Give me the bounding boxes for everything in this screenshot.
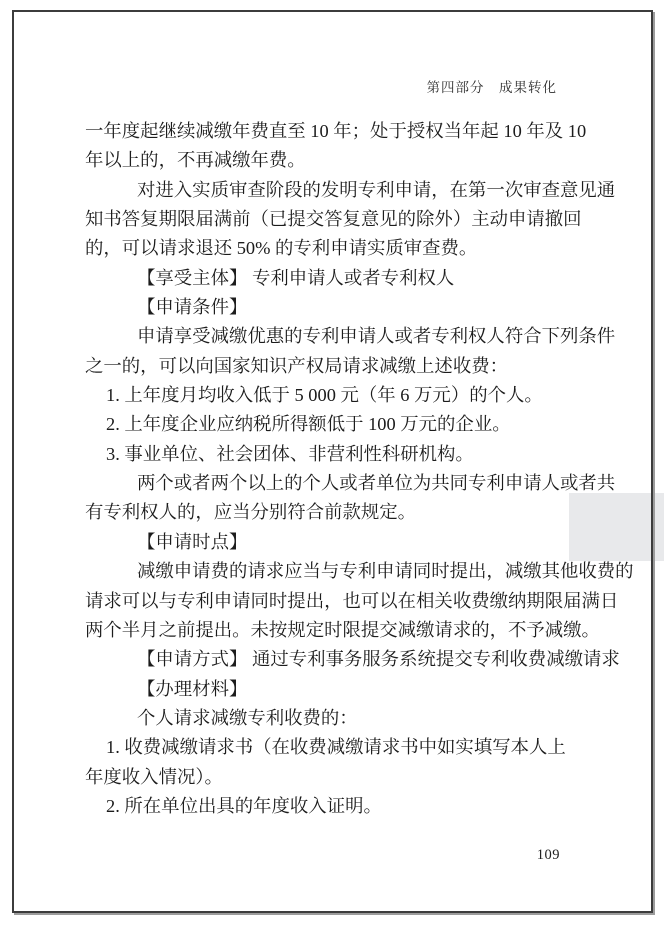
text-line: 之一的，可以向国家知识产权局请求减缴上述收费： [85, 352, 594, 381]
page-number: 109 [85, 847, 560, 864]
text-line: 3. 事业单位、社会团体、非营利性科研机构。 [85, 440, 594, 469]
text-line: 年以上的，不再减缴年费。 [85, 146, 594, 175]
document-body: 一年度起继续减缴年费直至 10 年；处于授权当年起 10 年及 10年以上的，不… [85, 117, 594, 821]
text-line: 请求可以与专利申请同时提出，也可以在相关收费缴纳期限届满日 [85, 587, 594, 616]
running-head: 第四部分 成果转化 [85, 76, 557, 96]
text-line: 【申请时点】 [85, 528, 594, 557]
text-line: 2. 上年度企业应纳税所得额低于 100 万元的企业。 [85, 410, 594, 439]
text-line: 两个或者两个以上的个人或者单位为共同专利申请人或者共 [85, 469, 594, 498]
text-line: 1. 收费减缴请求书（在收费减缴请求书中如实填写本人上 [85, 733, 594, 762]
text-line: 知书答复期限届满前（已提交答复意见的除外）主动申请撤回 [85, 205, 594, 234]
text-line: 的，可以请求退还 50% 的专利申请实质审查费。 [85, 234, 594, 263]
text-line: 有专利权人的，应当分别符合前款规定。 [85, 498, 594, 527]
text-line: 一年度起继续减缴年费直至 10 年；处于授权当年起 10 年及 10 [85, 117, 594, 146]
text-line: 【办理材料】 [85, 675, 594, 704]
text-line: 个人请求减缴专利收费的： [85, 704, 594, 733]
text-line: 【申请条件】 [85, 293, 594, 322]
text-line: 【享受主体】 专利申请人或者专利权人 [85, 264, 594, 293]
scanned-book-page: 第四部分 成果转化 一年度起继续减缴年费直至 10 年；处于授权当年起 10 年… [0, 0, 664, 929]
text-line: 1. 上年度月均收入低于 5 000 元（年 6 万元）的个人。 [85, 381, 594, 410]
text-line: 申请享受减缴优惠的专利申请人或者专利权人符合下列条件 [85, 322, 594, 351]
text-line: 减缴申请费的请求应当与专利申请同时提出，减缴其他收费的 [85, 557, 594, 586]
text-line: 【申请方式】 通过专利事务服务系统提交专利收费减缴请求 [85, 645, 594, 674]
text-line: 两个半月之前提出。未按规定时限提交减缴请求的，不予减缴。 [85, 616, 594, 645]
text-line: 2. 所在单位出具的年度收入证明。 [85, 792, 594, 821]
text-line: 年度收入情况）。 [85, 763, 594, 792]
text-line: 对进入实质审查阶段的发明专利申请，在第一次审查意见通 [85, 176, 594, 205]
